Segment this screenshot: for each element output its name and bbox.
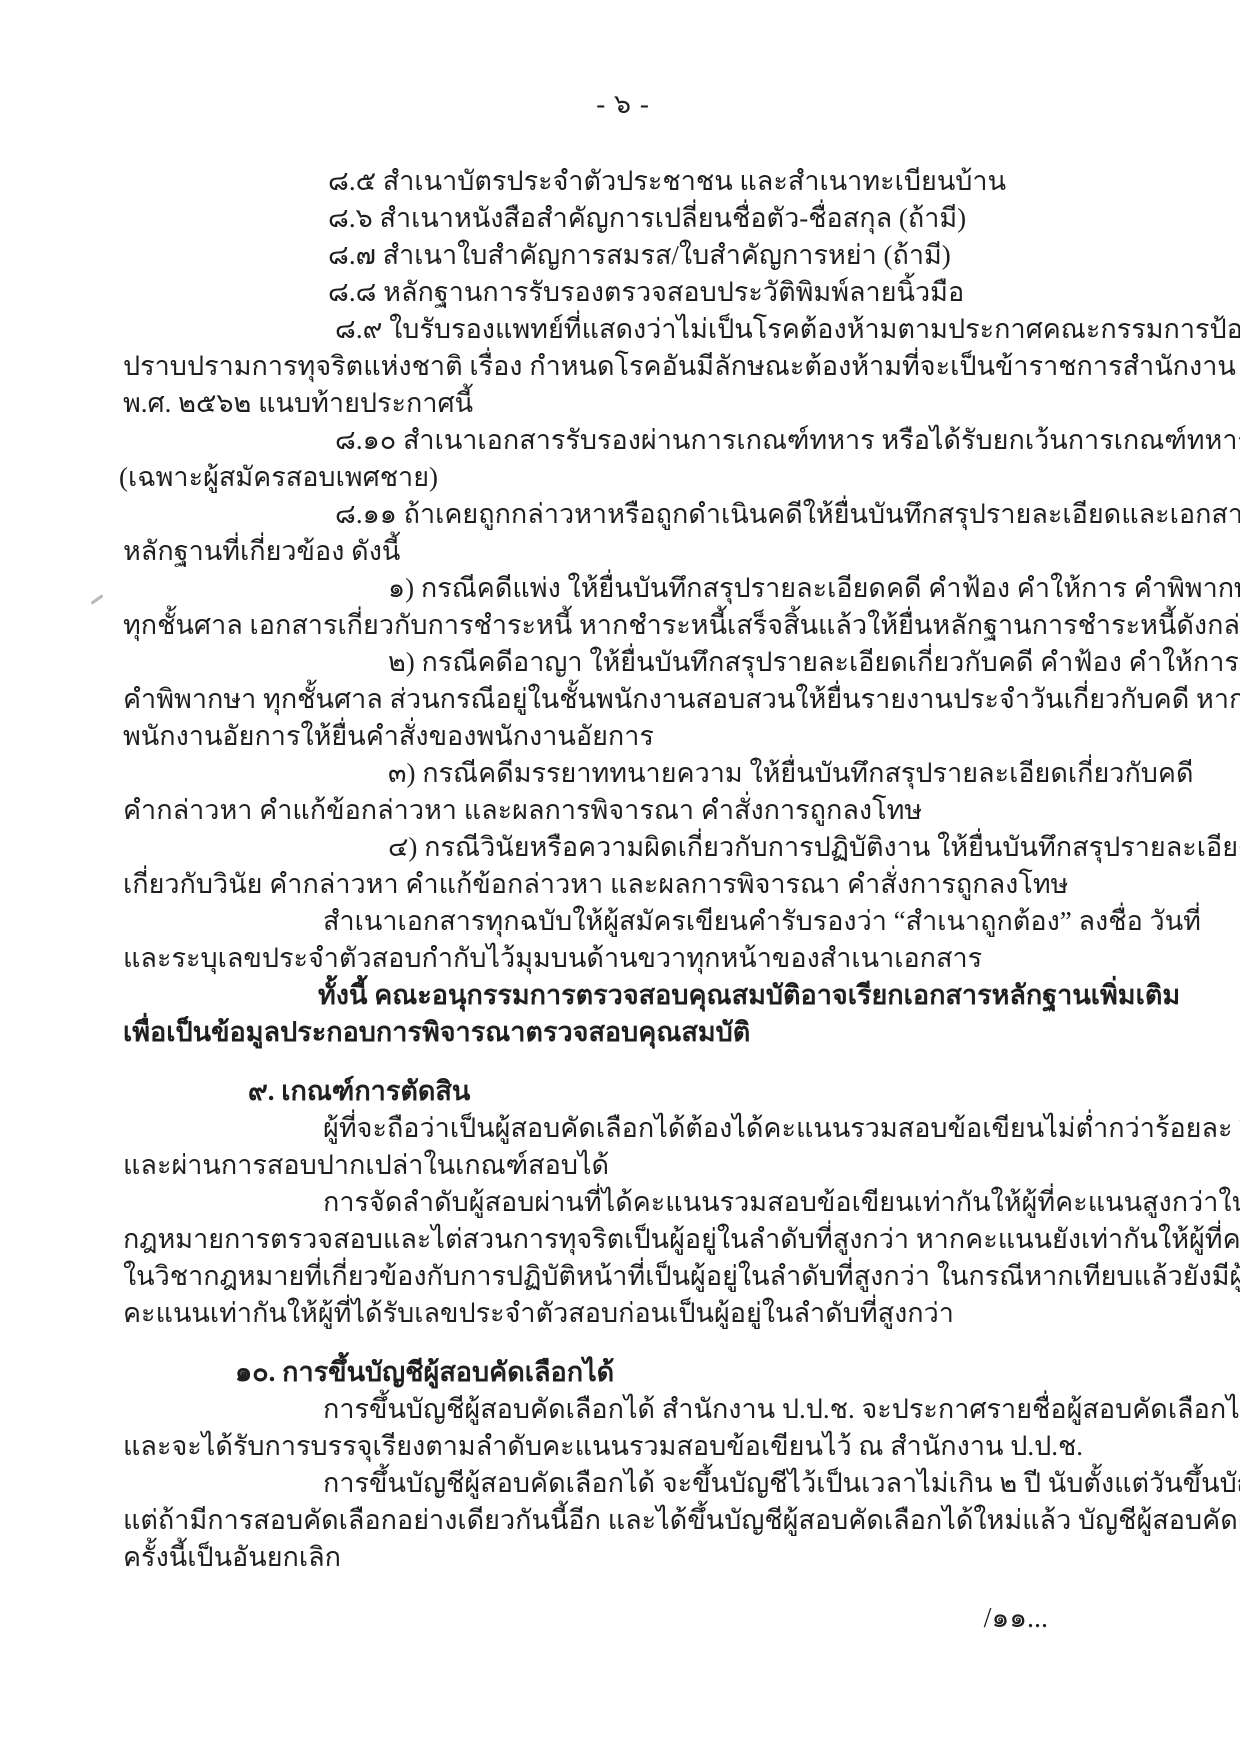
text-line: คะแนนเท่ากันให้ผู้ที่ได้รับเลขประจำตัวสอ… [123,1295,1123,1332]
text-line: ๒) กรณีคดีอาญา ให้ยื่นบันทึกสรุปรายละเอี… [123,644,1123,681]
text-line: แต่ถ้ามีการสอบคัดเลือกอย่างเดียวกันนี้อี… [123,1502,1123,1539]
text-line: กฎหมายการตรวจสอบและไต่สวนการทุจริตเป็นผู… [123,1221,1123,1258]
text-line: ในวิชากฎหมายที่เกี่ยวข้องกับการปฏิบัติหน… [123,1258,1123,1295]
text-line: และผ่านการสอบปากเปล่าในเกณฑ์สอบได้ [123,1147,1123,1184]
text-line: พนักงานอัยการให้ยื่นคำสั่งของพนักงานอัยก… [123,718,1123,755]
text-line: ๘.๘ หลักฐานการรับรองตรวจสอบประวัติพิมพ์ล… [123,274,1123,311]
text-line: ทั้งนี้ คณะอนุกรรมการตรวจสอบคุณสมบัติอาจ… [123,977,1123,1014]
text-line: และระบุเลขประจำตัวสอบกำกับไว้มุมบนด้านขว… [123,940,1123,977]
text-line: เพื่อเป็นข้อมูลประกอบการพิจารณาตรวจสอบคุ… [123,1014,1123,1051]
page-continuation-mark: /๑๑... [123,1600,1123,1637]
text-line: ๙. เกณฑ์การตัดสิน [123,1073,1123,1110]
text-line: ๘.๑๐ สำเนาเอกสารรับรองผ่านการเกณฑ์ทหาร ห… [123,422,1123,459]
text-line: ๘.๕ สำเนาบัตรประจำตัวประชาชน และสำเนาทะเ… [123,163,1123,200]
text-line: ๘.๙ ใบรับรองแพทย์ที่แสดงว่าไม่เป็นโรคต้อ… [123,311,1123,348]
text-line: ๑๐. การขึ้นบัญชีผู้สอบคัดเลือกได้ [123,1354,1123,1391]
text-line: และจะได้รับการบรรจุเรียงตามลำดับคะแนนรวม… [123,1428,1123,1465]
page-number: - ๖ - [123,86,1123,123]
text-line: หลักฐานที่เกี่ยวข้อง ดังนี้ [123,533,1123,570]
text-line: ๑) กรณีคดีแพ่ง ให้ยื่นบันทึกสรุปรายละเอี… [123,570,1123,607]
text-line: ๔) กรณีวินัยหรือความผิดเกี่ยวกับการปฏิบั… [123,829,1123,866]
text-line: ทุกชั้นศาล เอกสารเกี่ยวกับการชำระหนี้ หา… [123,607,1123,644]
text-line: การขึ้นบัญชีผู้สอบคัดเลือกได้ สำนักงาน ป… [123,1391,1123,1428]
text-line: พ.ศ. ๒๕๖๒ แนบท้ายประกาศนี้ [123,385,1123,422]
text-line: ๘.๗ สำเนาใบสำคัญการสมรส/ใบสำคัญการหย่า (… [123,237,1123,274]
text-line: ผู้ที่จะถือว่าเป็นผู้สอบคัดเลือกได้ต้องไ… [123,1110,1123,1147]
text-line: เกี่ยวกับวินัย คำกล่าวหา คำแก้ข้อกล่าวหา… [123,866,1123,903]
text-line: คำพิพากษา ทุกชั้นศาล ส่วนกรณีอยู่ในชั้นพ… [123,681,1123,718]
text-line: ปราบปรามการทุจริตแห่งชาติ เรื่อง กำหนดโร… [123,348,1123,385]
text-line: ๘.๑๑ ถ้าเคยถูกกล่าวหาหรือถูกดำเนินคดีให้… [123,496,1123,533]
text-line: ๘.๖ สำเนาหนังสือสำคัญการเปลี่ยนชื่อตัว-ช… [123,200,1123,237]
text-line: การขึ้นบัญชีผู้สอบคัดเลือกได้ จะขึ้นบัญช… [123,1465,1123,1502]
text-line: สำเนาเอกสารทุกฉบับให้ผู้สมัครเขียนคำรับร… [123,903,1123,940]
text-line: การจัดลำดับผู้สอบผ่านที่ได้คะแนนรวมสอบข้… [123,1184,1123,1221]
scan-speck [90,594,103,604]
text-line: (เฉพาะผู้สมัครสอบเพศชาย) [119,459,1123,496]
document-page: - ๖ - ๘.๕ สำเนาบัตรประจำตัวประชาชน และสำ… [0,0,1240,1754]
text-line: ๓) กรณีคดีมรรยาททนายความ ให้ยื่นบันทึกสร… [123,755,1123,792]
text-line: คำกล่าวหา คำแก้ข้อกล่าวหา และผลการพิจารณ… [123,792,1123,829]
text-line: ครั้งนี้เป็นอันยกเลิก [123,1539,1123,1576]
document-body: ๘.๕ สำเนาบัตรประจำตัวประชาชน และสำเนาทะเ… [123,163,1123,1576]
